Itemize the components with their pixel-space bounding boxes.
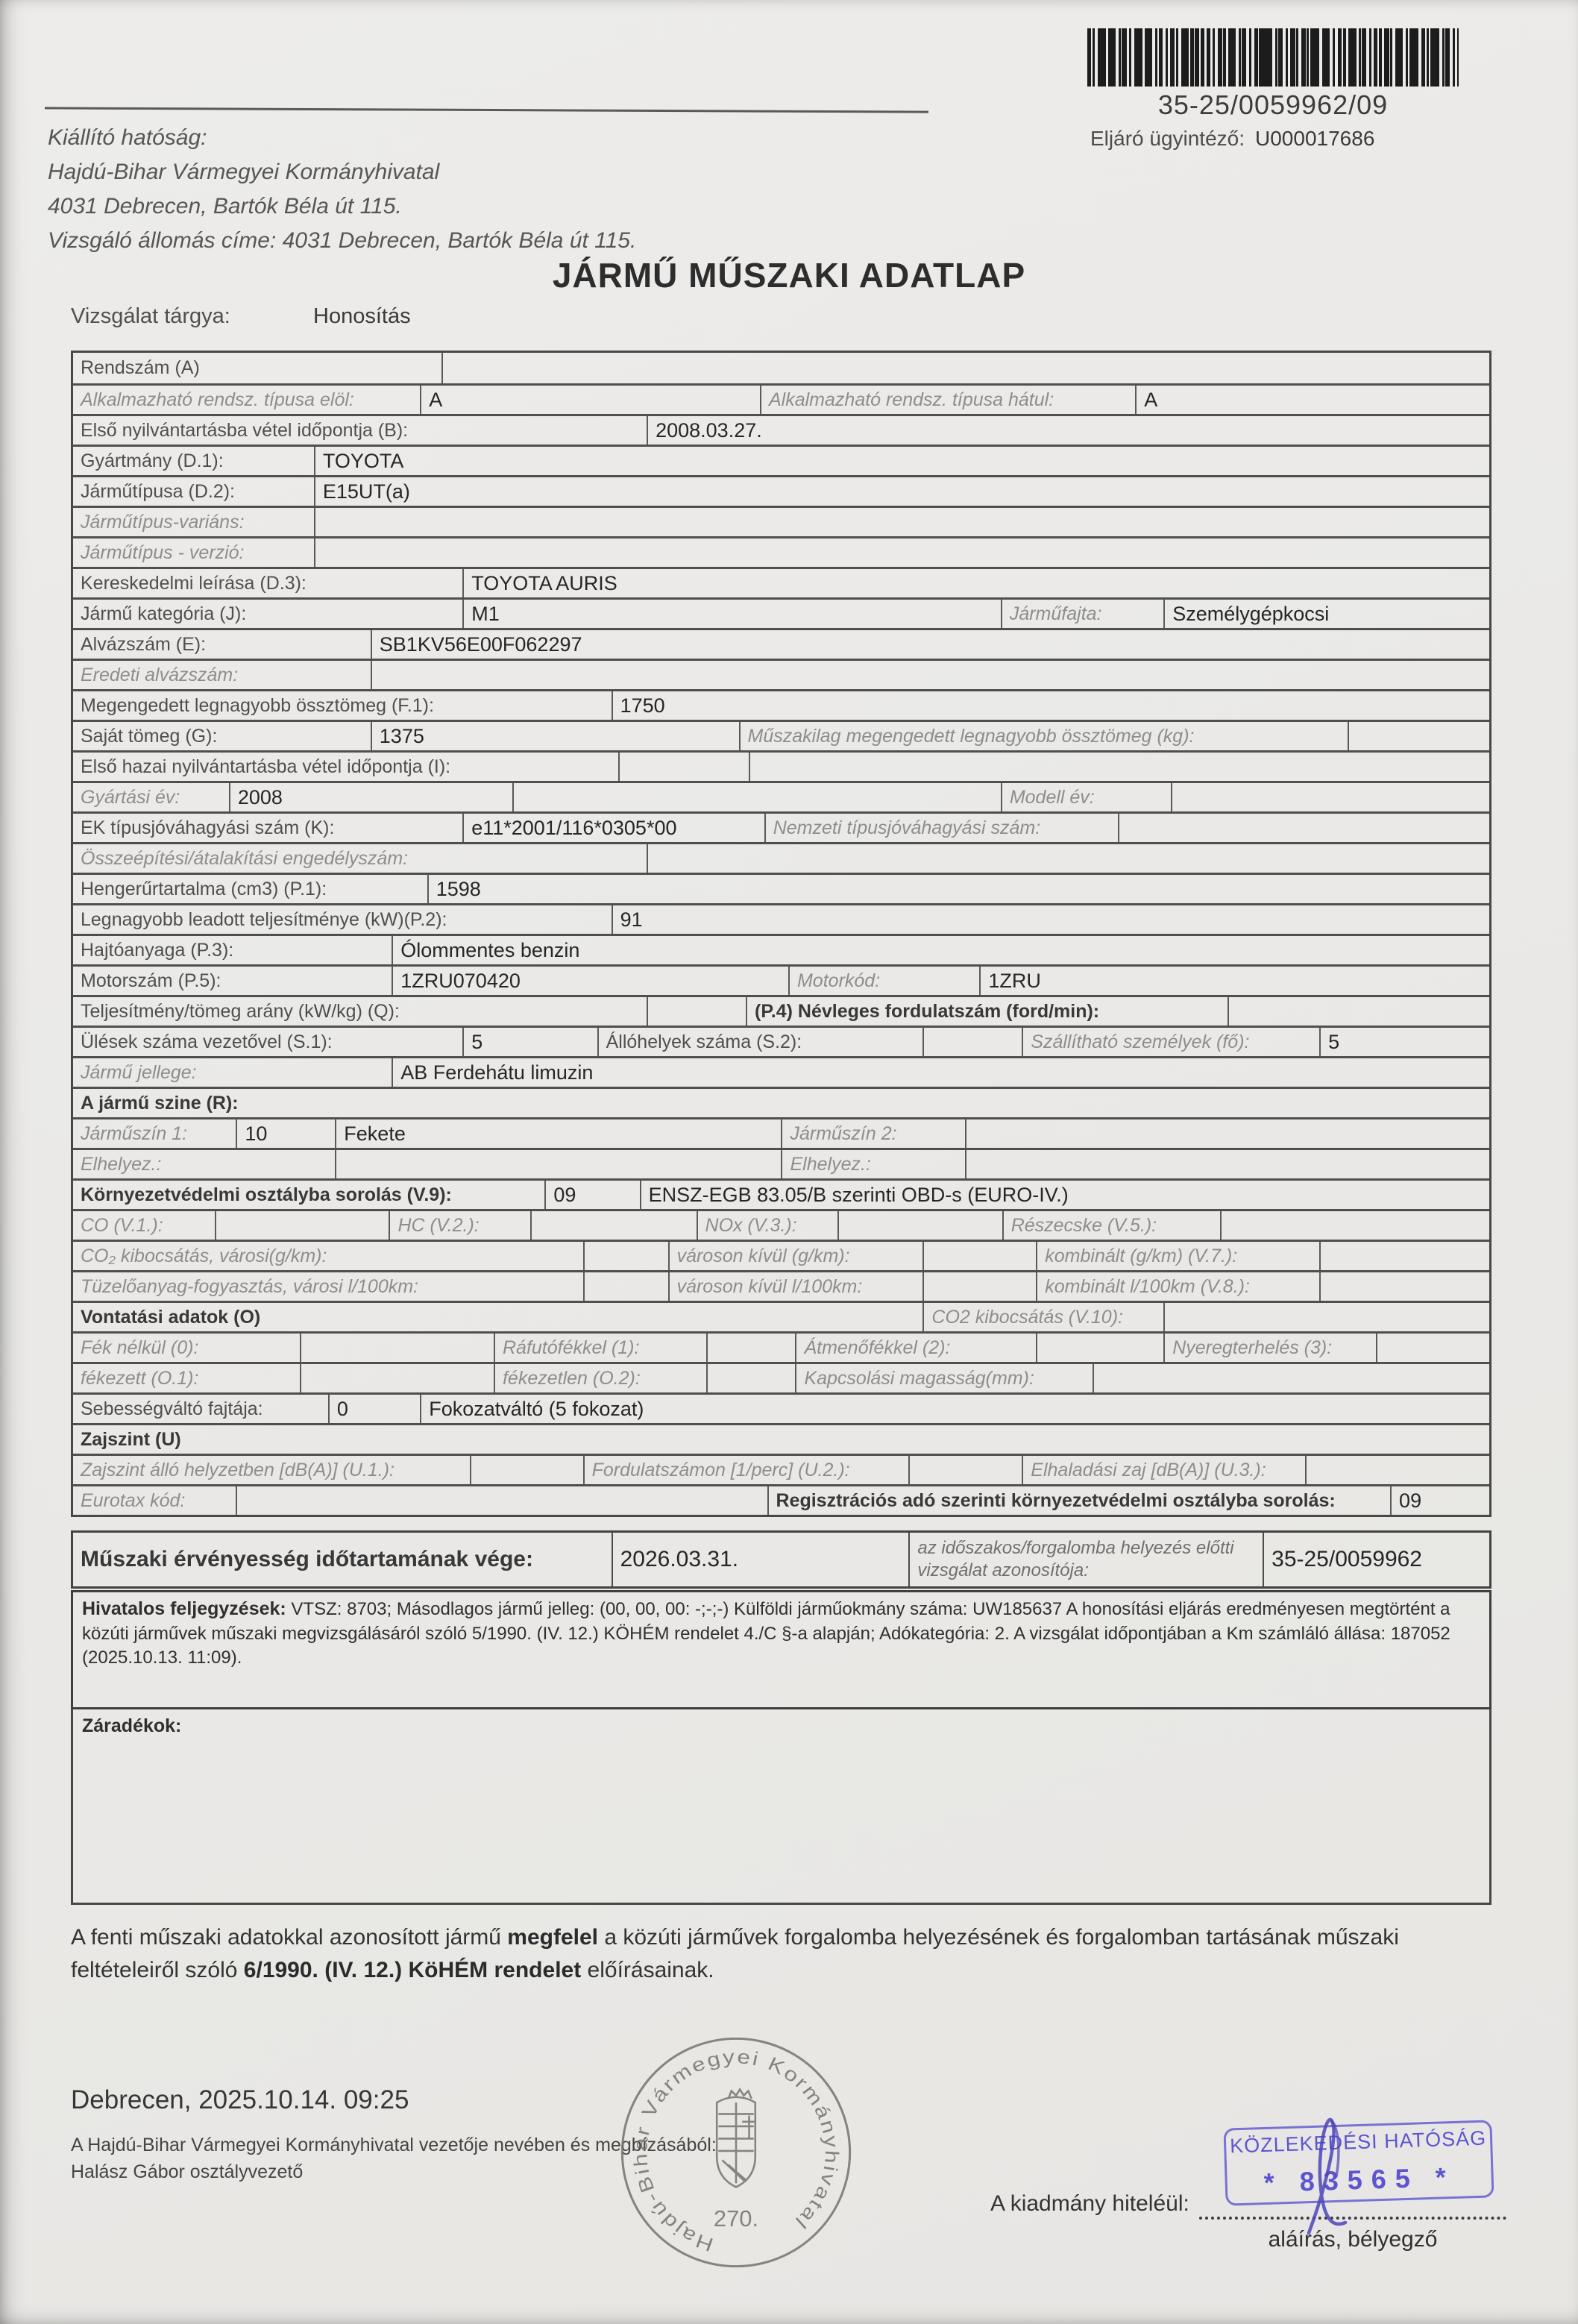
official-notes-label: Hivatalos feljegyzések:	[82, 1598, 286, 1619]
field-value: 1375	[371, 722, 739, 750]
field-label: Részecske (V.5.):	[1002, 1211, 1220, 1240]
table-row: Tüzelőanyag-fogyasztás, városi l/100km:v…	[73, 1270, 1489, 1301]
field-label: Járműtípusa (D.2):	[73, 477, 314, 506]
field-label: Gyártási év:	[73, 783, 229, 811]
inspection-subject: Vizsgálat tárgya: Honosítás	[71, 304, 230, 329]
field-label: CO2 kibocsátás (V.10):	[922, 1303, 1163, 1331]
field-label: Járműfajta:	[1001, 600, 1163, 628]
table-row: Ülések száma vezetővel (S.1):5Állóhelyek…	[73, 1026, 1489, 1056]
clauses-label: Záradékok:	[82, 1715, 181, 1736]
field-value	[965, 1150, 1489, 1178]
field-value	[314, 538, 1489, 567]
table-row: Első hazai nyilvántartásba vétel időpont…	[73, 750, 1489, 781]
field-value	[965, 1119, 1489, 1148]
field-value	[647, 844, 1489, 873]
field-value	[371, 661, 1489, 689]
validity-row: Műszaki érvényesség időtartamának vége:2…	[71, 1530, 1491, 1589]
official-notes-text: VTSZ: 8703; Másodlagos jármű jelleg: (00…	[82, 1599, 1450, 1668]
coat-of-arms-icon	[717, 2089, 756, 2187]
table-row: Megengedett legnagyobb össztömeg (F.1):1…	[73, 689, 1489, 720]
field-label: HC (V.2.):	[389, 1211, 530, 1240]
table-row: Jármű jellege:AB Ferdehátu limuzin	[73, 1056, 1489, 1087]
table-row: Gyártmány (D.1):TOYOTA	[73, 445, 1489, 475]
field-value: A	[1135, 386, 1489, 414]
field-value	[441, 353, 1489, 383]
field-value: E15UT(a)	[314, 477, 1489, 506]
field-value: 0	[328, 1395, 420, 1423]
field-label: az időszakos/forgalomba helyezés előtti …	[908, 1533, 1263, 1586]
signature-caption: aláírás, bélyegző	[1199, 2227, 1506, 2252]
field-label: Sebességváltó fajtája:	[73, 1395, 328, 1423]
field-value: Személygépkocsi	[1163, 600, 1489, 628]
field-label: Ülések száma vezetővel (S.1):	[73, 1028, 462, 1056]
scanned-document-page: Kiállító hatóság: Hajdú-Bihar Vármegyei …	[0, 0, 1578, 2324]
field-label: Vontatási adatok (O)	[73, 1303, 922, 1331]
field-label: városon kívül l/100km:	[668, 1272, 923, 1301]
field-label: kombinált (g/km) (V.7.):	[1036, 1242, 1319, 1270]
field-label: Járműtípus - verzió:	[73, 538, 314, 567]
field-label: Fék nélkül (0):	[73, 1334, 300, 1362]
issuer-block: Kiállító hatóság: Hajdú-Bihar Vármegyei …	[48, 121, 636, 258]
field-value	[512, 783, 1001, 811]
field-value: 09	[1390, 1486, 1489, 1515]
round-official-seal: Hajdú-Bihar Vármegyei Kormányhivatal 270…	[613, 2026, 859, 2279]
field-value: 1ZRU	[979, 967, 1489, 995]
field-value	[300, 1334, 494, 1362]
field-label: Motorszám (P.5):	[73, 967, 392, 995]
table-row: Első nyilvántartásba vétel időpontja (B)…	[73, 414, 1489, 445]
place-and-date: Debrecen, 2025.10.14. 09:25	[71, 2085, 409, 2115]
field-value: Fokozatváltó (5 fokozat)	[420, 1395, 1489, 1423]
field-value	[470, 1456, 583, 1484]
field-value: Ólommentes benzin	[392, 936, 1489, 964]
field-label: Motorkód:	[788, 967, 979, 995]
table-row: Zajszint (U)	[73, 1423, 1489, 1454]
official-notes-box: Hivatalos feljegyzések: VTSZ: 8703; Máso…	[71, 1590, 1491, 1709]
field-value	[1171, 783, 1489, 811]
field-label: Hajtóanyaga (P.3):	[73, 936, 392, 964]
field-value	[1319, 1272, 1489, 1301]
subject-label: Vizsgálat tárgya:	[71, 304, 230, 328]
table-row: Rendszám (A)	[73, 353, 1489, 383]
table-row: EK típusjóváhagyási szám (K):e11*2001/11…	[73, 811, 1489, 842]
case-officer-label: Eljáró ügyintéző:	[1090, 127, 1245, 150]
field-label: A jármű szine (R):	[73, 1089, 1489, 1117]
table-row: Alkalmazható rendsz. típusa elöl:AAlkalm…	[73, 383, 1489, 414]
field-label: Műszaki érvényesség időtartamának vége:	[73, 1533, 612, 1586]
field-value: 1598	[427, 875, 1489, 903]
field-label: Teljesítmény/tömeg arány (kW/kg) (Q):	[73, 997, 647, 1026]
field-label: Regisztrációs adó szerinti környezetvéde…	[767, 1486, 1391, 1515]
field-value	[1376, 1334, 1489, 1362]
compliance-statement: A fenti műszaki adatokkal azonosított já…	[71, 1921, 1499, 1986]
statement-text: A fenti műszaki adatokkal azonosított já…	[71, 1925, 507, 1950]
field-label: kombinált l/100km (V.8.):	[1036, 1272, 1319, 1301]
field-label: Műszakilag megengedett legnagyobb össztö…	[739, 722, 1348, 750]
table-row: Motorszám (P.5):1ZRU070420Motorkód:1ZRU	[73, 964, 1489, 995]
field-label: Zajszint álló helyzetben [dB(A)] (U.1.):	[73, 1456, 470, 1484]
issuer-label: Kiállító hatóság:	[48, 121, 636, 155]
field-value: 2008.03.27.	[647, 416, 1489, 445]
field-label: Nemzeti típusjóváhagyási szám:	[764, 814, 1119, 842]
field-label: Alkalmazható rendsz. típusa hátul:	[760, 386, 1135, 414]
table-row: Fék nélkül (0):Ráfutófékkel (1):Átmenőfé…	[73, 1331, 1489, 1362]
field-value	[1093, 1364, 1489, 1392]
table-row: Eredeti alvázszám:	[73, 659, 1489, 689]
field-value	[215, 1211, 389, 1240]
table-row: CO (V.1.):HC (V.2.):NOx (V.3.):Részecske…	[73, 1209, 1489, 1240]
table-row: Járműszín 1:10FeketeJárműszín 2:	[73, 1117, 1489, 1148]
statement-text: előírásainak.	[581, 1958, 714, 1982]
field-label: Járműszín 1:	[73, 1119, 236, 1148]
field-value	[1348, 722, 1489, 750]
handwritten-signature	[1268, 2105, 1409, 2246]
issuer-name: Hajdú-Bihar Vármegyei Kormányhivatal	[48, 155, 636, 189]
seal-graphic: Hajdú-Bihar Vármegyei Kormányhivatal 270…	[613, 2026, 859, 2279]
field-value	[922, 1242, 1036, 1270]
case-officer-line: Eljáró ügyintéző:U000017686	[1083, 127, 1463, 151]
field-label: fékezetlen (O.2):	[494, 1364, 706, 1392]
table-row: Saját tömeg (G):1375Műszakilag megengede…	[73, 720, 1489, 750]
field-value: A	[420, 386, 760, 414]
field-label: városon kívül (g/km):	[668, 1242, 923, 1270]
barcode-icon	[1087, 28, 1459, 87]
seal-number: 270.	[714, 2205, 758, 2232]
field-value: TOYOTA AURIS	[462, 569, 1489, 597]
field-value: 5	[462, 1028, 597, 1056]
field-label: (P.4) Névleges fordulatszám (ford/min):	[746, 997, 1227, 1026]
field-value: 5	[1319, 1028, 1489, 1056]
field-label: Elhelyez.:	[781, 1150, 965, 1178]
field-value	[1118, 814, 1489, 842]
field-label: NOx (V.3.):	[697, 1211, 838, 1240]
field-value	[1220, 1211, 1489, 1240]
field-label: Alkalmazható rendsz. típusa elöl:	[73, 386, 420, 414]
field-label: Kapcsolási magasság(mm):	[795, 1364, 1093, 1392]
field-label: Első hazai nyilvántartásba vétel időpont…	[73, 753, 618, 781]
field-label: fékezett (O.1):	[73, 1364, 300, 1392]
field-label: Átmenőfékkel (2):	[795, 1334, 1036, 1362]
field-value	[618, 753, 749, 781]
table-row: Járműtípus-variáns:	[73, 506, 1489, 536]
inspection-station-line: Vizsgáló állomás címe: 4031 Debrecen, Ba…	[48, 224, 636, 258]
field-value: 09	[544, 1181, 639, 1209]
field-value: AB Ferdehátu limuzin	[392, 1058, 1489, 1087]
barcode-number: 35-25/0059962/09	[1083, 89, 1463, 121]
field-value	[1163, 1303, 1489, 1331]
field-value	[922, 1272, 1036, 1301]
field-value: Fekete	[335, 1119, 781, 1148]
field-label: CO₂ kibocsátás, városi(g/km):	[73, 1242, 583, 1270]
table-row: Hengerűrtartalma (cm3) (P.1):1598	[73, 873, 1489, 903]
field-value	[314, 508, 1489, 536]
field-value	[706, 1334, 796, 1362]
field-label: Gyártmány (D.1):	[73, 447, 314, 475]
table-row: A jármű szine (R):	[73, 1087, 1489, 1117]
table-row: fékezett (O.1):fékezetlen (O.2):Kapcsolá…	[73, 1362, 1489, 1392]
field-value	[530, 1211, 696, 1240]
field-value	[300, 1364, 494, 1392]
field-label: Rendszám (A)	[73, 353, 441, 383]
statement-bold: megfelel	[507, 1925, 598, 1950]
field-label: Járműtípus-variáns:	[73, 508, 314, 536]
field-label: Összeépítési/átalakítási engedélyszám:	[73, 844, 647, 873]
table-row: Vontatási adatok (O)CO2 kibocsátás (V.10…	[73, 1301, 1489, 1331]
field-value	[335, 1150, 781, 1178]
field-value	[837, 1211, 1002, 1240]
table-row: Zajszint álló helyzetben [dB(A)] (U.1.):…	[73, 1454, 1489, 1484]
field-value: e11*2001/116*0305*00	[462, 814, 764, 842]
field-value: 1ZRU070420	[392, 967, 788, 995]
table-row: CO₂ kibocsátás, városi(g/km):városon kív…	[73, 1240, 1489, 1270]
table-row: Összeépítési/átalakítási engedélyszám:	[73, 842, 1489, 873]
page-title: JÁRMŰ MŰSZAKI ADATLAP	[0, 255, 1578, 295]
field-label: Jármű jellege:	[73, 1058, 392, 1087]
case-officer-value: U000017686	[1255, 127, 1374, 150]
data-table: Rendszám (A)Alkalmazható rendsz. típusa …	[71, 351, 1491, 1517]
barcode-block: 35-25/0059962/09 Eljáró ügyintéző:U00001…	[1083, 28, 1463, 151]
field-value: ENSZ-EGB 83.05/B szerinti OBD-s (EURO-IV…	[640, 1181, 1489, 1209]
field-label: Állóhelyek száma (S.2):	[597, 1028, 923, 1056]
statement-bold: 6/1990. (IV. 12.) KöHÉM rendelet	[244, 1958, 581, 1982]
field-label: Első nyilvántartásba vétel időpontja (B)…	[73, 416, 647, 445]
field-value	[583, 1242, 668, 1270]
field-value: 35-25/0059962	[1263, 1533, 1489, 1586]
field-label: Megengedett legnagyobb össztömeg (F.1):	[73, 691, 612, 720]
field-value: 91	[612, 905, 1489, 934]
field-label: Jármű kategória (J):	[73, 600, 462, 628]
field-value: SB1KV56E00F062297	[371, 630, 1489, 659]
field-label: Szállítható személyek (fő):	[1022, 1028, 1319, 1056]
field-value: 2026.03.31.	[612, 1533, 909, 1586]
field-value	[1227, 997, 1489, 1026]
subject-value: Honosítás	[313, 304, 411, 329]
table-row: Gyártási év:2008Modell év:	[73, 781, 1489, 811]
field-label: Nyeregterhelés (3):	[1163, 1334, 1376, 1362]
field-value	[1036, 1334, 1163, 1362]
field-value	[647, 997, 746, 1026]
attest-label: A kiadmány hiteléül:	[990, 2191, 1189, 2217]
field-value	[583, 1272, 668, 1301]
table-row: Sebességváltó fajtája:0Fokozatváltó (5 f…	[73, 1392, 1489, 1423]
field-label: CO (V.1.):	[73, 1211, 215, 1240]
field-value	[908, 1456, 1022, 1484]
field-value: 1750	[612, 691, 1489, 720]
field-label: Saját tömeg (G):	[73, 722, 371, 750]
clauses-box: Záradékok:	[71, 1709, 1491, 1905]
field-label: Hengerűrtartalma (cm3) (P.1):	[73, 875, 427, 903]
field-value	[1319, 1242, 1489, 1270]
table-row: Járműtípus - verzió:	[73, 536, 1489, 567]
header-rule	[45, 107, 928, 113]
field-value: M1	[462, 600, 1001, 628]
field-label: Eredeti alvázszám:	[73, 661, 371, 689]
field-value	[236, 1486, 767, 1515]
field-label: Eurotax kód:	[73, 1486, 236, 1515]
field-value: 2008	[229, 783, 512, 811]
table-row: Kereskedelmi leírása (D.3):TOYOTA AURIS	[73, 567, 1489, 597]
table-row: Hajtóanyaga (P.3):Ólommentes benzin	[73, 934, 1489, 964]
table-row: Jármű kategória (J):M1Járműfajta:Személy…	[73, 597, 1489, 628]
field-label: Ráfutófékkel (1):	[494, 1334, 706, 1362]
field-value: TOYOTA	[314, 447, 1489, 475]
table-row: Járműtípusa (D.2):E15UT(a)	[73, 475, 1489, 506]
field-value	[922, 1028, 1022, 1056]
field-label: Kereskedelmi leírása (D.3):	[73, 569, 462, 597]
field-label: Fordulatszámon [1/perc] (U.2.):	[583, 1456, 909, 1484]
table-row: Eurotax kód:Regisztrációs adó szerinti k…	[73, 1484, 1489, 1515]
table-row: Környezetvédelmi osztályba sorolás (V.9)…	[73, 1178, 1489, 1209]
table-row: Teljesítmény/tömeg arány (kW/kg) (Q):(P.…	[73, 995, 1489, 1026]
table-row: Legnagyobb leadott teljesítménye (kW)(P.…	[73, 903, 1489, 934]
field-value	[1305, 1456, 1489, 1484]
field-value	[749, 753, 1489, 781]
table-row: Alvázszám (E):SB1KV56E00F062297	[73, 628, 1489, 659]
field-value	[706, 1364, 796, 1392]
field-label: EK típusjóváhagyási szám (K):	[73, 814, 462, 842]
field-label: Elhaladási zaj [dB(A)] (U.3.):	[1022, 1456, 1305, 1484]
field-label: Zajszint (U)	[73, 1425, 1489, 1454]
field-label: Járműszín 2:	[781, 1119, 965, 1148]
field-label: Alvázszám (E):	[73, 630, 371, 659]
field-label: Modell év:	[1001, 783, 1171, 811]
field-label: Tüzelőanyag-fogyasztás, városi l/100km:	[73, 1272, 583, 1301]
field-label: Környezetvédelmi osztályba sorolás (V.9)…	[73, 1181, 544, 1209]
field-label: Elhelyez.:	[73, 1150, 335, 1178]
field-value: 10	[236, 1119, 335, 1148]
table-row: Elhelyez.:Elhelyez.:	[73, 1148, 1489, 1178]
field-label: Legnagyobb leadott teljesítménye (kW)(P.…	[73, 905, 612, 934]
issuer-address: 4031 Debrecen, Bartók Béla út 115.	[48, 189, 636, 224]
